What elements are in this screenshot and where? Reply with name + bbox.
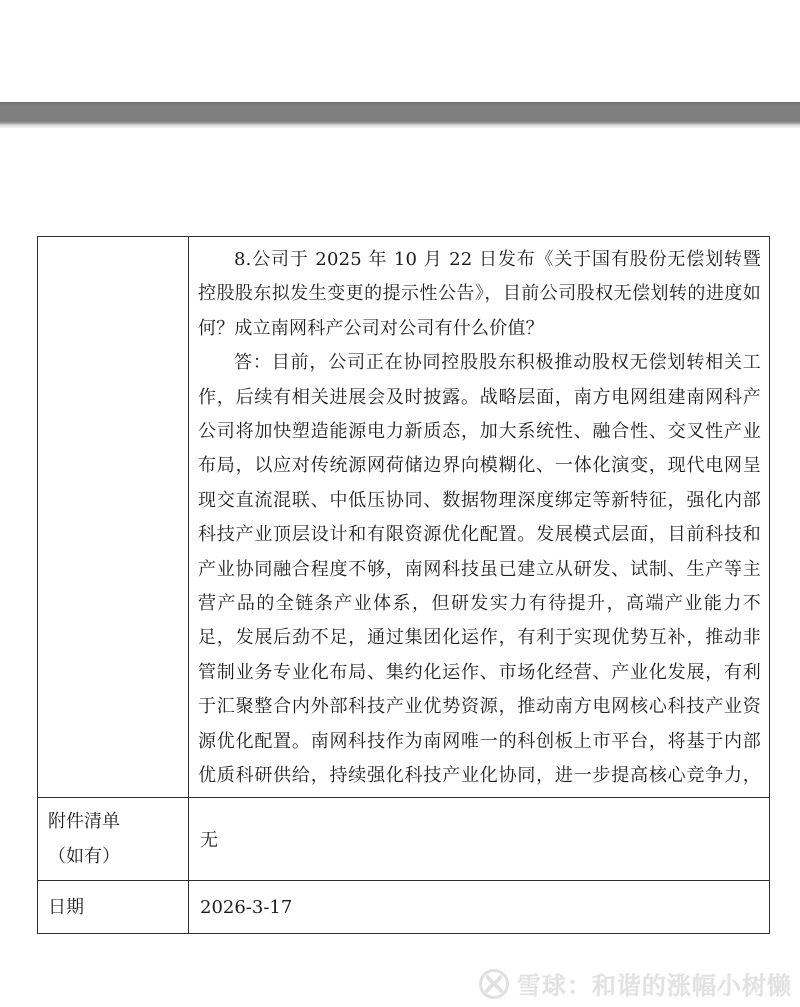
disclosure-table: 8.公司于 2025 年 10 月 22 日发布《关于国有股份无偿划转暨控股股东… <box>37 236 770 934</box>
date-value: 2026-3-17 <box>200 897 292 918</box>
attachment-value: 无 <box>200 830 218 851</box>
table-row-attachment: 附件清单 （如有） 无 <box>38 798 770 881</box>
answer-paragraph: 答：目前，公司正在协同控股股东积极推动股权无偿划转相关工作，后续有相关进展会及时… <box>198 346 761 795</box>
attachment-label-line2: （如有） <box>48 839 182 874</box>
table-row-date: 日期 2026-3-17 <box>38 881 770 934</box>
attachment-label-cell: 附件清单 （如有） <box>38 798 189 881</box>
attachment-value-cell: 无 <box>189 798 770 881</box>
watermark: 雪球：和谐的涨幅小树懒 <box>478 966 792 1001</box>
watermark-text: 雪球：和谐的涨幅小树懒 <box>517 966 792 1001</box>
table-row-qa: 8.公司于 2025 年 10 月 22 日发布《关于国有股份无偿划转暨控股股东… <box>38 237 770 798</box>
qa-content-cell: 8.公司于 2025 年 10 月 22 日发布《关于国有股份无偿划转暨控股股东… <box>189 237 770 798</box>
date-label: 日期 <box>48 897 84 918</box>
attachment-label-line1: 附件清单 <box>48 804 182 839</box>
date-label-cell: 日期 <box>38 881 189 934</box>
xueqiu-logo-icon <box>478 968 510 1000</box>
date-value-cell: 2026-3-17 <box>189 881 770 934</box>
question-paragraph: 8.公司于 2025 年 10 月 22 日发布《关于国有股份无偿划转暨控股股东… <box>198 243 761 346</box>
page-divider-bar <box>0 102 800 128</box>
qa-content: 8.公司于 2025 年 10 月 22 日发布《关于国有股份无偿划转暨控股股东… <box>198 243 761 795</box>
qa-row-empty-label-cell <box>38 237 189 798</box>
